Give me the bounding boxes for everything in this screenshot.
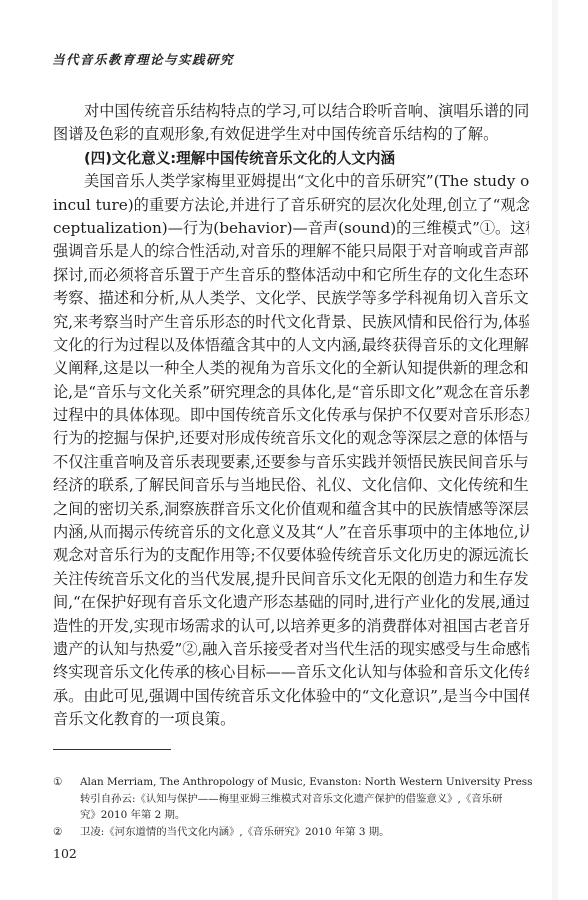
page-number: 102 [53, 846, 77, 861]
paragraph-line: 观念对音乐行为的支配作用等;不仅要体验传统音乐文化历史的源远流长,还要 [53, 544, 529, 567]
footnote-mark: ① [53, 774, 80, 791]
footnote-separator [53, 749, 171, 750]
footnote-text: Alan Merriam, The Anthropology of Music,… [80, 776, 533, 788]
footnotes: ①Alan Merriam, The Anthropology of Music… [53, 774, 533, 840]
paragraph-line: 间,“在保护好现有音乐文化遗产形态基础的同时,进行产业化的发展,通过创 [53, 591, 529, 614]
body-text: 对中国传统音乐结构特点的学习,可以结合聆听音响、演唱乐谱的同时利用图谱及色彩的直… [53, 100, 529, 732]
paragraph-line: 承。由此可见,强调中国传统音乐文化体验中的“文化意识”,是当今中国传统 [53, 685, 529, 708]
paragraph-line: 考察、描述和分析,从人类学、文化学、民族学等多学科视角切入音乐文化的研 [53, 287, 529, 310]
paragraph-line: 经济的联系,了解民间音乐与当地民俗、礼仪、文化信仰、文化传统和生活习俗等 [53, 474, 529, 497]
paragraph-line: 对中国传统音乐结构特点的学习,可以结合聆听音响、演唱乐谱的同时利用 [53, 100, 529, 123]
paragraph-line: ceptualization)—行为(behavior)—音声(sound)的三… [53, 217, 529, 240]
footnote-text: 转引自孙云:《认知与保护——梅里亚姆三维模式对音乐文化遗产保护的借鉴意义》,《音… [53, 791, 533, 808]
section-heading: (四)文化意义:理解中国传统音乐文化的人文内涵 [53, 147, 529, 170]
footnote-text: 究》2010 年第 2 期。 [53, 807, 533, 824]
paragraph-line: 之间的密切关系,洞察族群音乐文化价值观和蕴含其中的民族情感等深层人文 [53, 498, 529, 521]
paragraph-line: 强调音乐是人的综合性活动,对音乐的理解不能只局限于对音响或音声部分的 [53, 240, 529, 263]
paragraph-line: 究,来考察当时产生音乐形态的时代文化背景、民族风情和民俗行为,体验音乐 [53, 311, 529, 334]
paragraph-line: 义阐释,这是以一种全人类的视角为音乐文化的全新认知提供新的理念和方法 [53, 357, 529, 380]
paragraph-line: 终实现音乐文化传承的核心目标——音乐文化认知与体验和音乐文化传统的传 [53, 661, 529, 684]
paragraph-line: 探讨,而必须将音乐置于产生音乐的整体活动中和它所生存的文化生态环境中 [53, 264, 529, 287]
paragraph-line: 行为的挖掘与保护,还要对形成传统音乐文化的观念等深层之意的体悟与追求; [53, 427, 529, 450]
running-head: 当代音乐教育理论与实践研究 [52, 50, 234, 68]
paragraph-line: 文化的行为过程以及体悟蕴含其中的人文内涵,最终获得音乐的文化理解和意 [53, 334, 529, 357]
footnote-text: 卫凌:《河东道情的当代文化内涵》,《音乐研究》2010 年第 3 期。 [80, 826, 390, 838]
paragraph-line: incul ture)的重要方法论,并进行了音乐研究的层次化处理,创立了“观念(… [53, 194, 529, 217]
paragraph-line: 音乐文化教育的一项良策。 [53, 708, 529, 731]
paragraph-line: 不仅注重音响及音乐表现要素,还要参与音乐实践并领悟民族民间音乐与政治、 [53, 451, 529, 474]
paragraph-line: 遗产的认知与热爱”②,融入音乐接受者对当代生活的现实感受与生命感悟,最 [53, 638, 529, 661]
footnote-2: ②卫凌:《河东道情的当代文化内涵》,《音乐研究》2010 年第 3 期。 [53, 824, 533, 841]
paragraph-line: 造性的开发,实现市场需求的认可,以培养更多的消费群体对祖国古老音乐文化 [53, 615, 529, 638]
paragraph-line: 过程中的具体体现。即中国传统音乐文化传承与保护不仅要对音乐形态及音乐 [53, 404, 529, 427]
paragraph-line: 关注传统音乐文化的当代发展,提升民间音乐文化无限的创造力和生存发展空 [53, 568, 529, 591]
footnote-1: ①Alan Merriam, The Anthropology of Music… [53, 774, 533, 824]
paragraph-line: 美国音乐人类学家梅里亚姆提出“文化中的音乐研究”(The study of mu… [53, 170, 529, 193]
footnote-mark: ② [53, 824, 80, 841]
paragraph-line: 内涵,从而揭示传统音乐的文化意义及其“人”在音乐事项中的主体地位,认知 [53, 521, 529, 544]
paragraph-line: 论,是“音乐与文化关系”研究理念的具体化,是“音乐即文化”观念在音乐教育 [53, 381, 529, 404]
page-edge-shadow [552, 0, 558, 900]
paragraph-line: 图谱及色彩的直观形象,有效促进学生对中国传统音乐结构的了解。 [53, 123, 529, 146]
